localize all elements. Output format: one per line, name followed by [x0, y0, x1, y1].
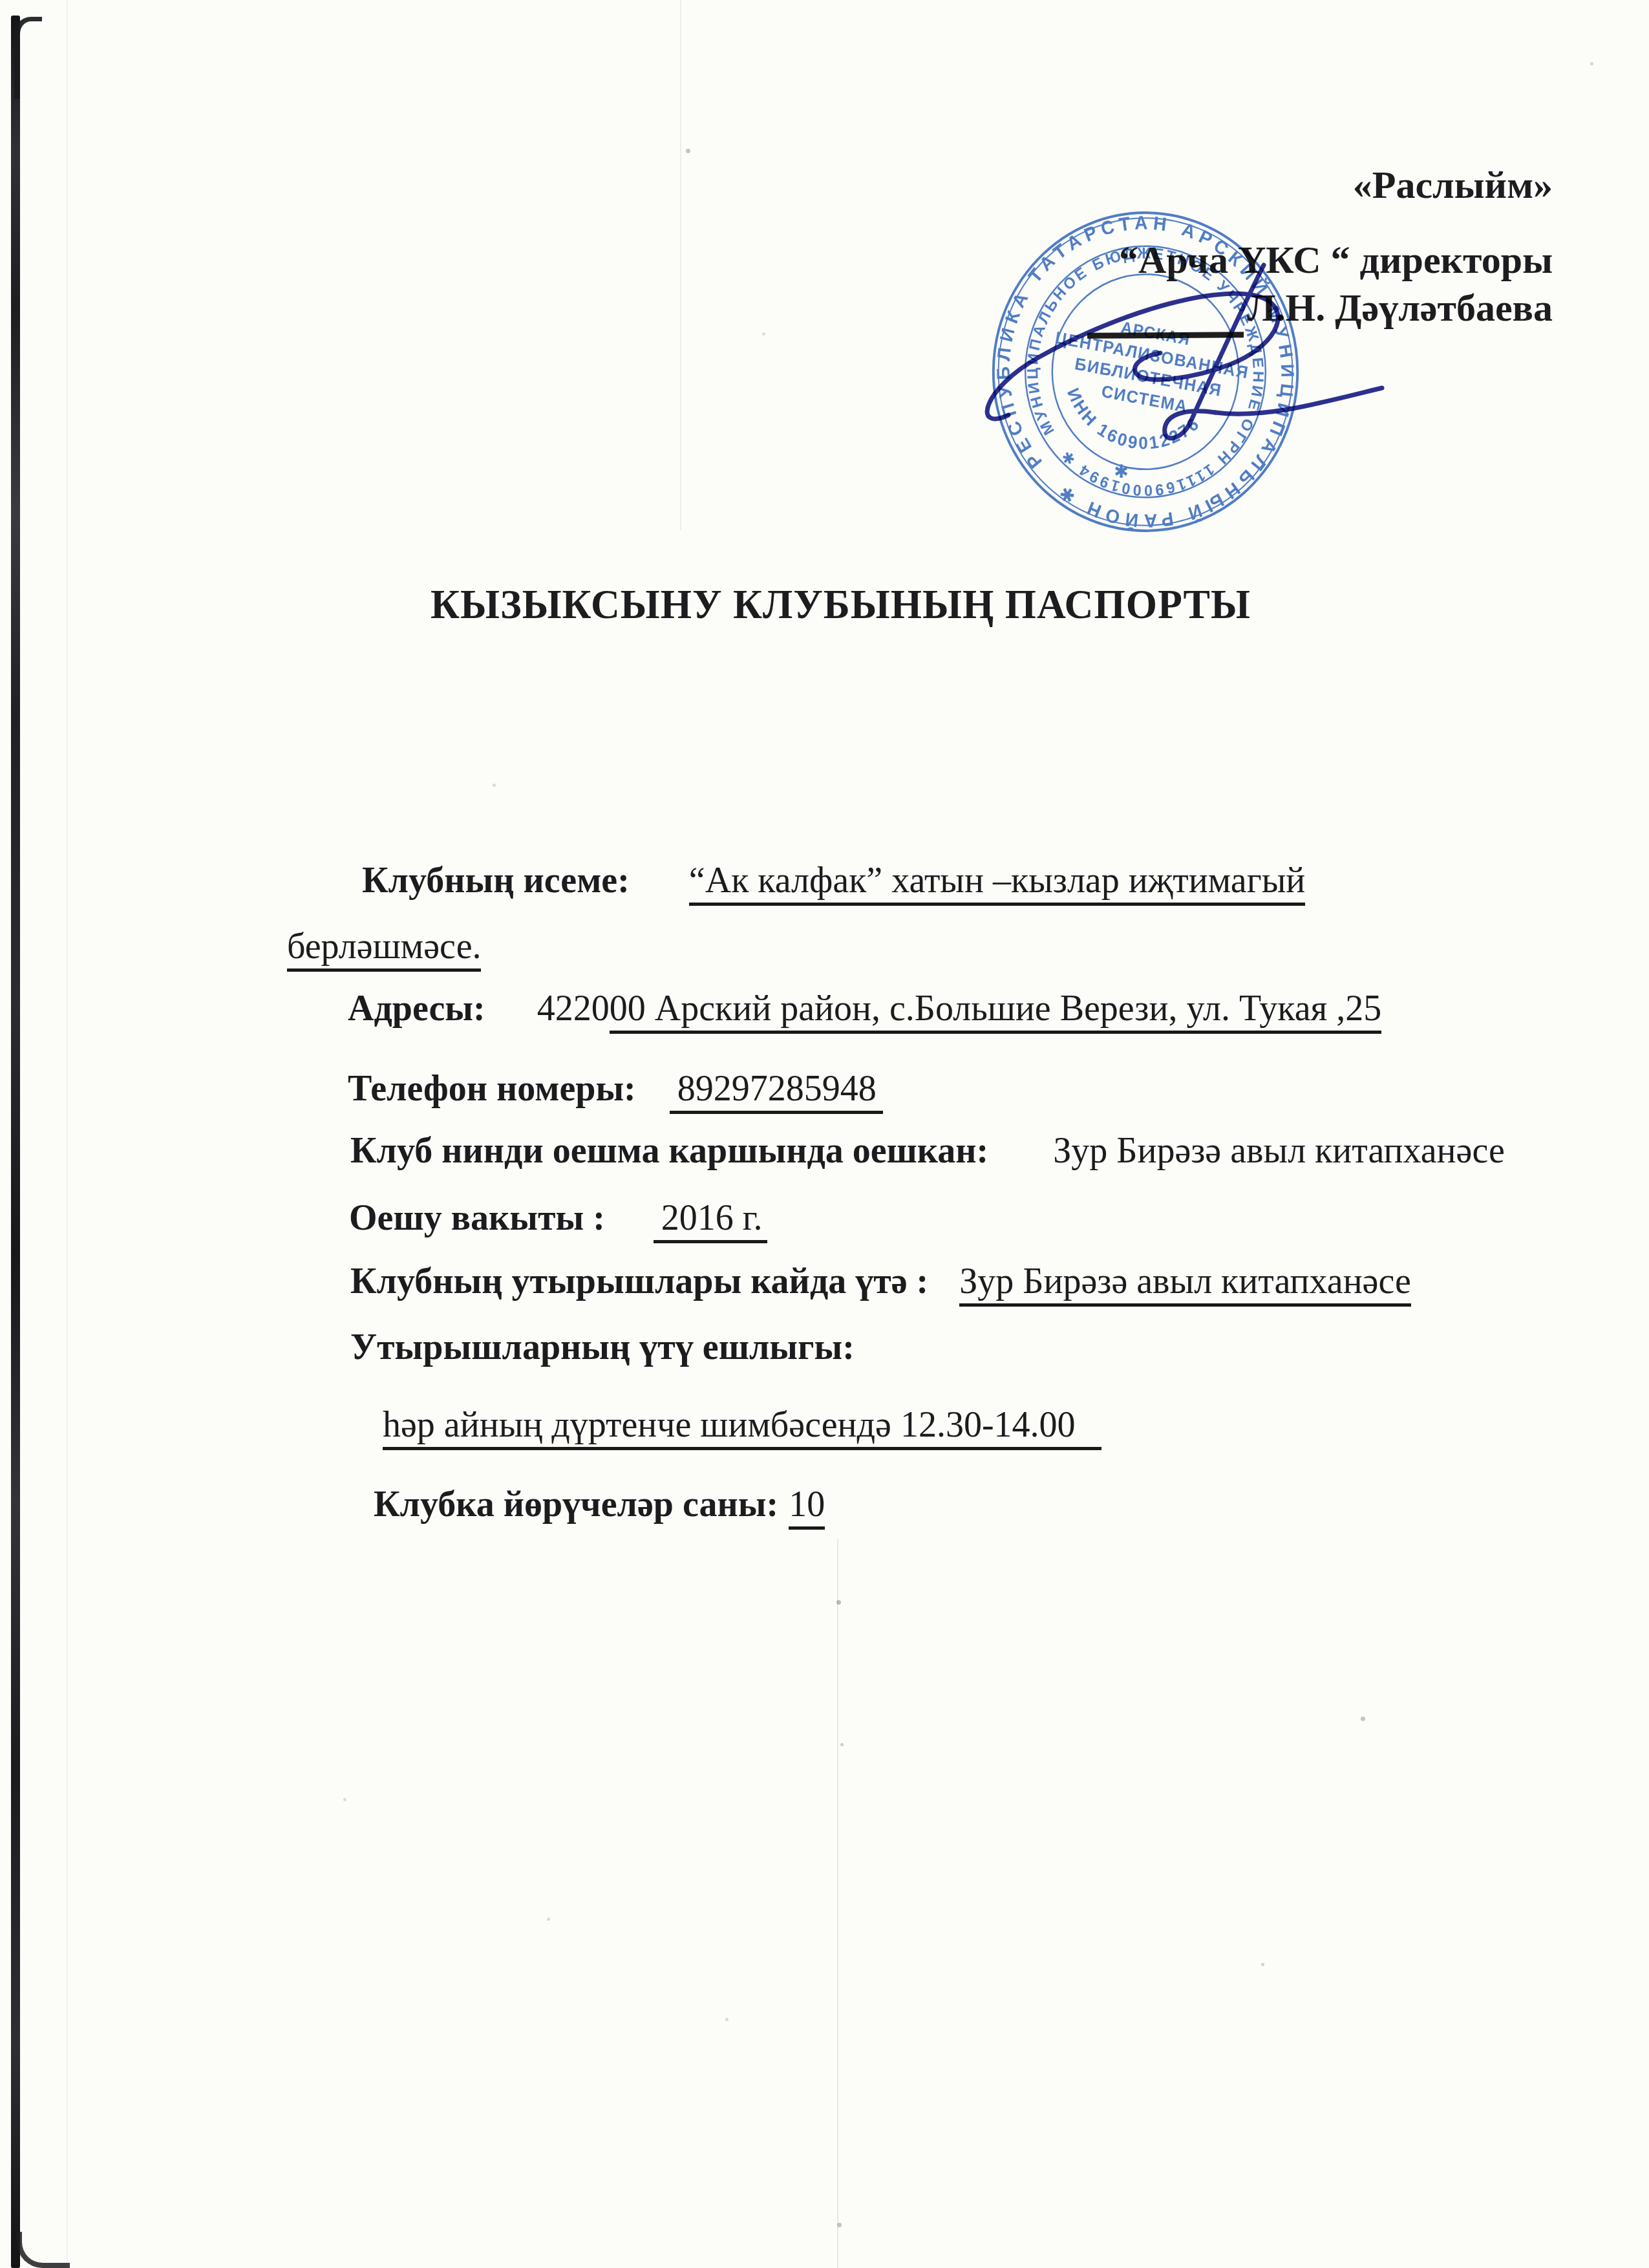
scanner-edge-hook-bottom	[17, 2232, 70, 2268]
club-name-value: “Ак калфак” хатын –кызлар иҗтимагый	[689, 861, 1305, 906]
scan-speckles	[0, 0, 2, 2]
handwritten-signature	[937, 246, 1390, 453]
field-address: Адресы:422000 Арский район, с.Большие Ве…	[348, 988, 1381, 1029]
phone-value: 89297285948	[670, 1069, 883, 1114]
signature-tail	[1215, 388, 1382, 414]
field-members: Клубка йөрүчеләр саны:10	[374, 1484, 825, 1525]
stamp-star-icon: ✱	[1114, 461, 1129, 482]
members-count-value: 10	[789, 1484, 825, 1530]
members-label: Клубка йөрүчеләр саны:	[374, 1484, 778, 1524]
parent-org-value: Зур Бирәзә авыл китапханәсе	[1053, 1131, 1505, 1171]
field-founded: Оешу вакыты :2016 г.	[349, 1197, 767, 1239]
address-label: Адресы:	[348, 989, 485, 1029]
field-meeting-place: Клубның утырышлары кайда үтә :Зур Бирәзә…	[350, 1261, 1411, 1302]
field-phone: Телефон номеры:89297285948	[348, 1068, 883, 1109]
frequency-label: Утырышларның үтү ешлыгы:	[350, 1327, 855, 1367]
paper-crease	[680, 0, 681, 530]
club-name-value-continued: берләшмәсе.	[287, 926, 481, 972]
paper-crease	[837, 1539, 838, 2268]
field-frequency-label: Утырышларның үтү ешлыгы:	[350, 1327, 855, 1368]
founded-value: 2016 г.	[654, 1198, 768, 1243]
phone-label: Телефон номеры:	[348, 1069, 636, 1109]
meeting-place-label: Клубның утырышлары кайда үтә :	[350, 1261, 928, 1301]
address-value-start: 4220	[537, 989, 610, 1029]
scanner-edge-strip	[11, 16, 20, 2268]
signature-loop	[987, 294, 1278, 419]
address-value: 00 Арский район, с.Большие Верези, ул. Т…	[610, 989, 1382, 1034]
paper-crease	[67, 0, 68, 2268]
parent-org-label: Клуб нинди оешма каршында оешкан:	[350, 1131, 988, 1171]
field-club-name-continued: берләшмәсе.	[287, 926, 481, 967]
scanner-edge-hook-top	[14, 17, 42, 99]
frequency-value: һәр айның дүртенче шимбәсендә 12.30-14.0…	[383, 1405, 1101, 1450]
club-name-label: Клубның исеме:	[362, 861, 630, 901]
field-club-name: Клубның исеме:“Ак калфак” хатын –кызлар …	[362, 860, 1305, 901]
field-frequency-value: һәр айның дүртенче шимбәсендә 12.30-14.0…	[383, 1404, 1101, 1446]
scanned-document-page: «Раслыйм» “Арча ҮКС “ директоры Л.Н. Дәү…	[0, 0, 1649, 2268]
founded-label: Оешу вакыты :	[349, 1198, 605, 1238]
approval-word: «Раслыйм»	[1353, 163, 1553, 208]
meeting-place-value: Зур Бирәзә авыл китапханәсе	[959, 1261, 1411, 1307]
field-parent-org: Клуб нинди оешма каршында оешкан:Зур Бир…	[350, 1130, 1505, 1171]
document-title: КЫЗЫКСЫНУ КЛУБЫНЫҢ ПАСПОРТЫ	[431, 581, 1251, 628]
